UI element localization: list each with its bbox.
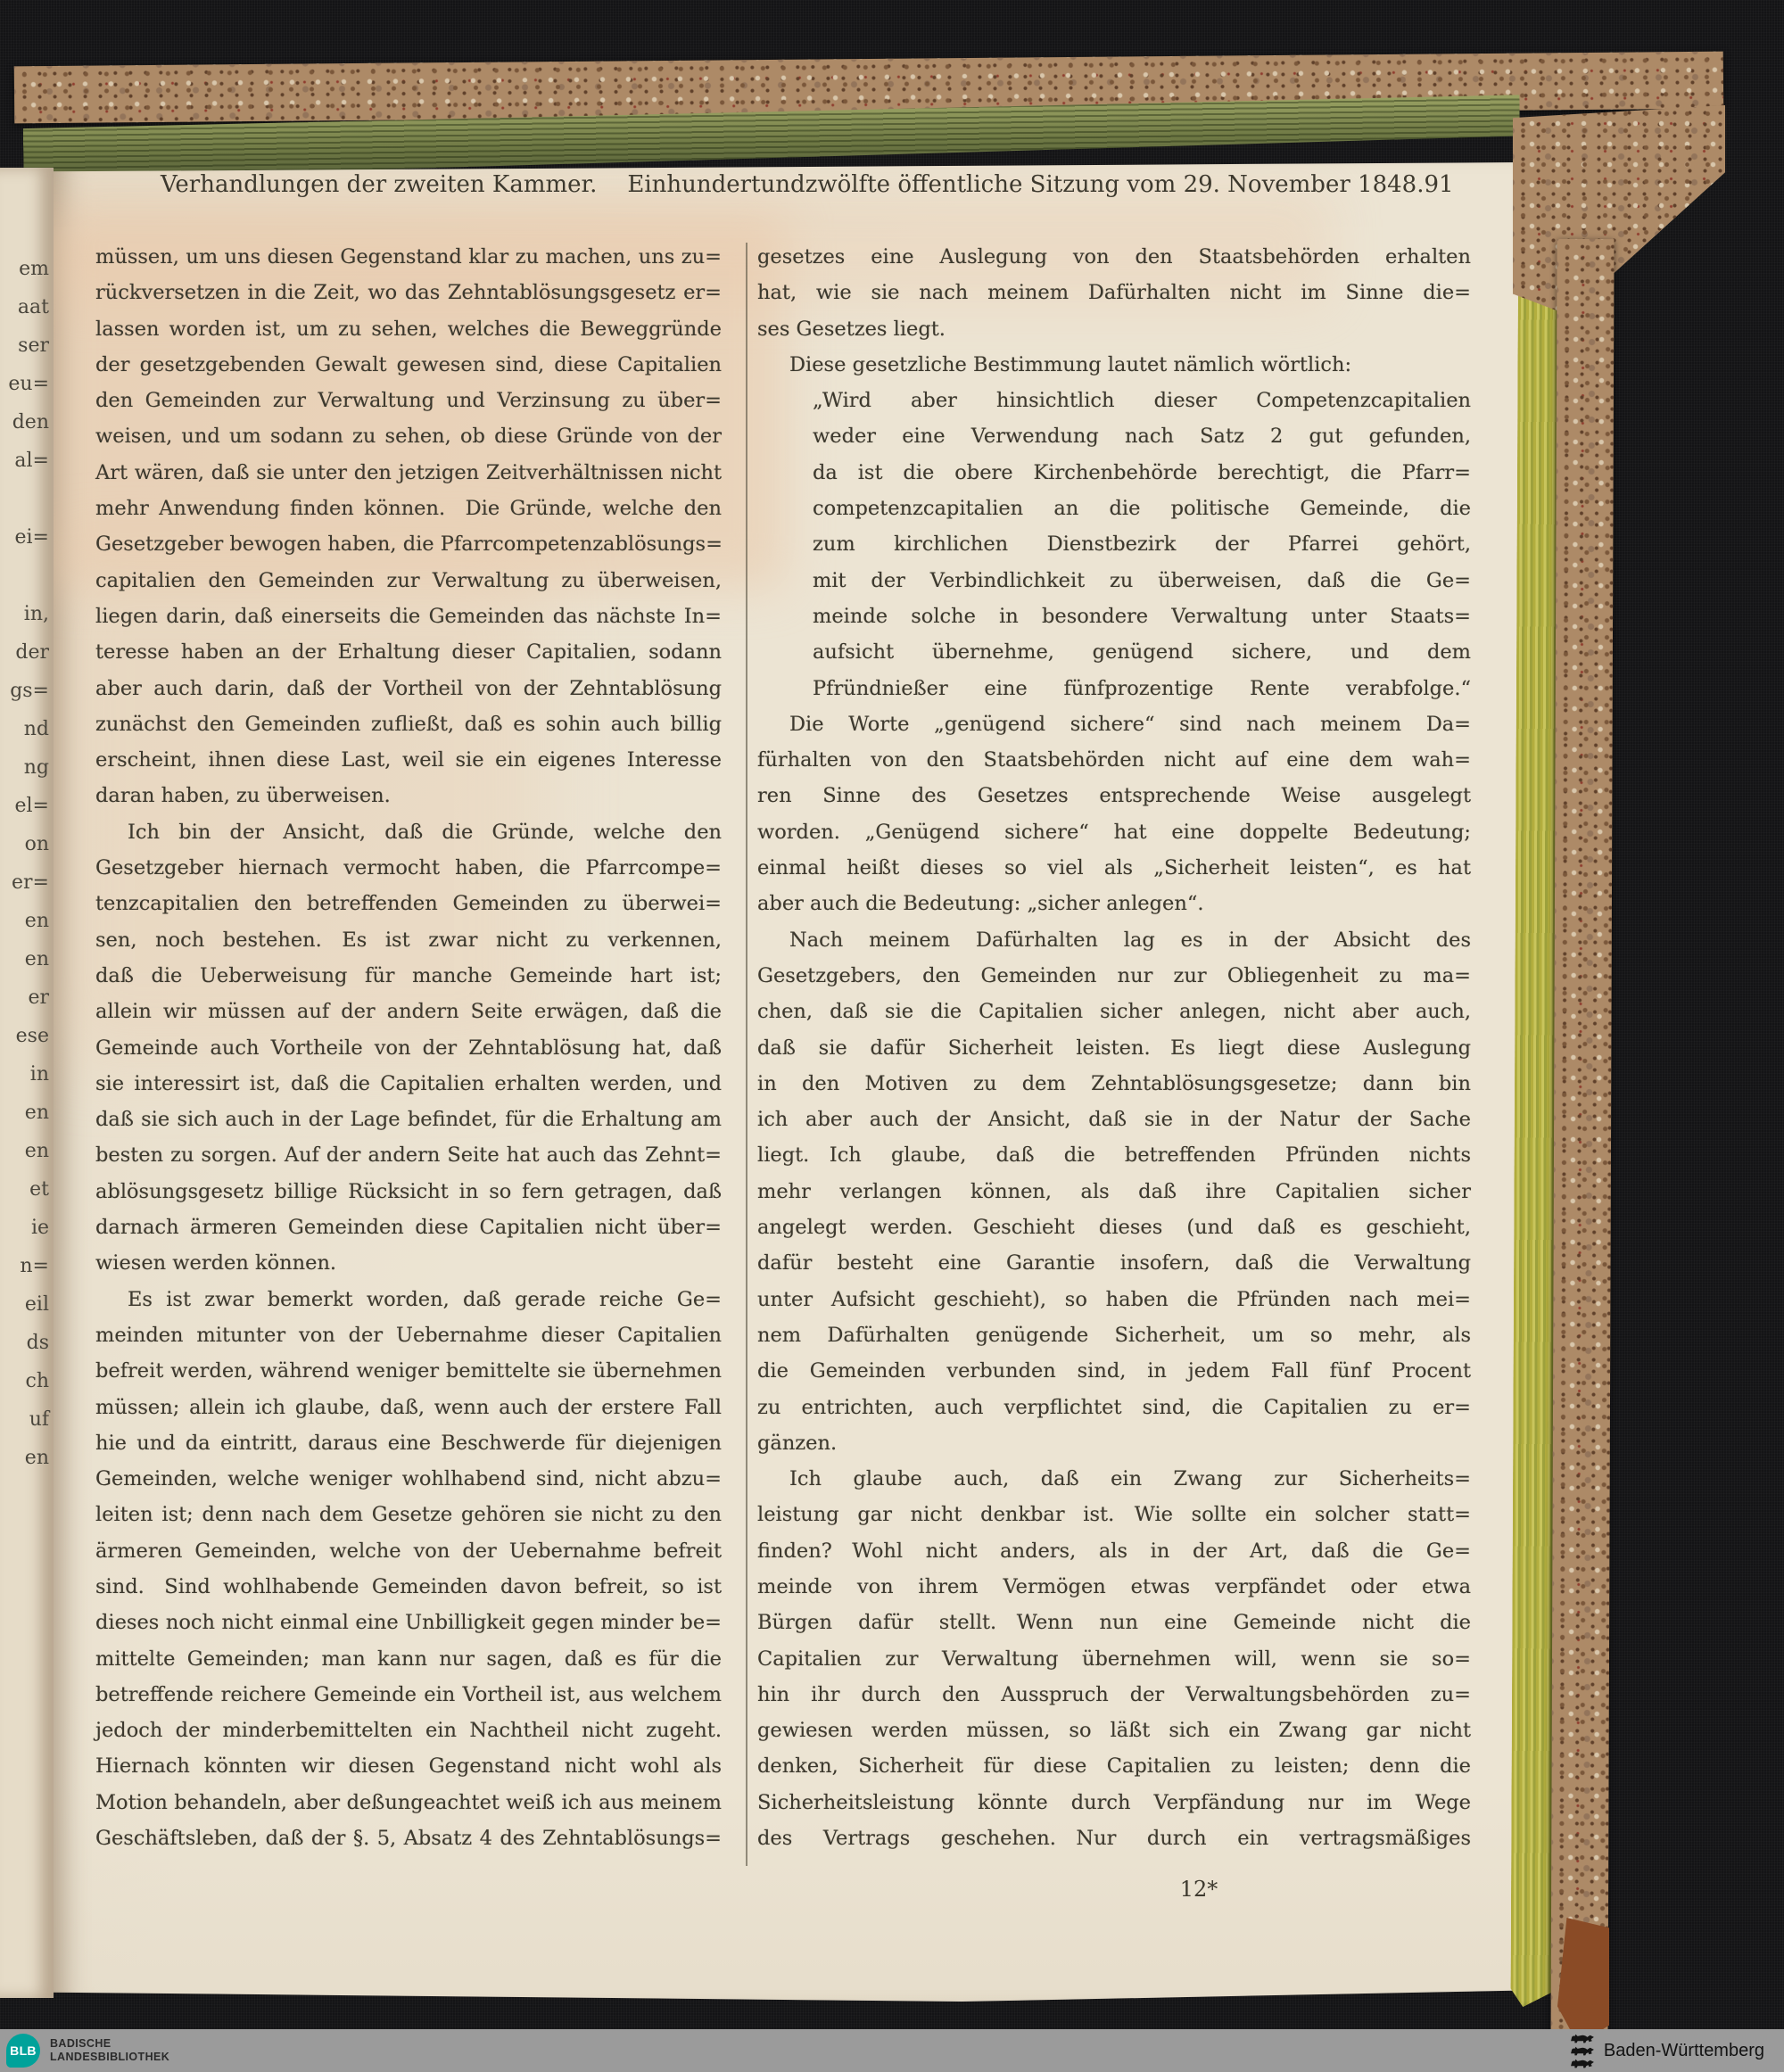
- text-line: ch: [0, 1362, 54, 1400]
- state-name: Baden-Württemberg: [1604, 2041, 1764, 2061]
- text-line: leiten ist; denn nach dem Gesetze gehöre…: [95, 1497, 722, 1532]
- text-line: in den Motiven zu dem Zehntablösungsgese…: [757, 1066, 1471, 1102]
- text-line: in,: [0, 595, 54, 633]
- text-line: Die Worte „genügend sichere“ sind nach m…: [757, 706, 1471, 742]
- text-line: allein wir müssen auf der andern Seite e…: [95, 994, 722, 1029]
- text-line: ese: [0, 1017, 54, 1055]
- text-line: den Gemeinden zur Verwaltung und Verzins…: [95, 383, 722, 418]
- text-line: müssen, um uns diesen Gegenstand klar zu…: [95, 239, 722, 275]
- text-line: en: [0, 1094, 54, 1132]
- text-line: angelegt werden. Geschieht dieses (und d…: [757, 1209, 1471, 1245]
- text-line: Hiernach könnten wir diesen Gegenstand n…: [95, 1748, 722, 1784]
- text-line: in: [0, 1055, 54, 1094]
- text-line: [0, 480, 54, 518]
- text-line: die Gemeinden verbunden sind, in jedem F…: [757, 1353, 1471, 1389]
- text-line: mit der Verbindlichkeit zu überweisen, d…: [813, 563, 1471, 598]
- text-line: er=: [0, 863, 54, 902]
- text-line: liegt. Ich glaube, daß die betreffenden …: [757, 1137, 1471, 1173]
- library-name-line1: BADISCHE: [50, 2037, 169, 2051]
- text-line: unter Aufsicht geschieht), so haben die …: [757, 1282, 1471, 1317]
- text-line: aat: [0, 288, 54, 326]
- text-line: chen, daß sie die Capitalien sicher anle…: [757, 994, 1471, 1029]
- text-line: liegen darin, daß einerseits die Gemeind…: [95, 598, 722, 634]
- text-line: [0, 557, 54, 595]
- text-line: Gesetzgeber hiernach vermocht haben, die…: [95, 850, 722, 886]
- text-line: ei=: [0, 518, 54, 557]
- text-line: mehr verlangen können, als daß ihre Capi…: [757, 1174, 1471, 1209]
- text-line: denken, Sicherheit für diese Capitalien …: [757, 1748, 1471, 1784]
- text-line: eil: [0, 1285, 54, 1324]
- book-cover-corner: [1513, 105, 1725, 315]
- text-line: em: [0, 250, 54, 288]
- text-column-left: müssen, um uns diesen Gegenstand klar zu…: [95, 239, 722, 1856]
- text-line: en: [0, 940, 54, 978]
- text-line: zu entrichten, auch verpflichtet sind, d…: [757, 1390, 1471, 1425]
- text-line: ng: [0, 748, 54, 787]
- text-line: Nach meinem Dafürhalten lag es in der Ab…: [757, 922, 1471, 958]
- text-line: den: [0, 403, 54, 442]
- text-line: hin ihr durch den Ausspruch der Verwaltu…: [757, 1677, 1471, 1713]
- text-line: mehr Anwendung finden können. Die Gründe…: [95, 491, 722, 526]
- text-line: ärmeren Gemeinden, welche von der Uebern…: [95, 1533, 722, 1569]
- text-line: daß sie dafür Sicherheit leisten. Es lie…: [757, 1030, 1471, 1066]
- text-line: der: [0, 633, 54, 672]
- text-line: aber auch darin, daß der Vortheil von de…: [95, 671, 722, 706]
- text-line: ses Gesetzes liegt.: [757, 311, 1471, 347]
- text-line: wiesen werden können.: [95, 1245, 722, 1281]
- text-line: ds: [0, 1324, 54, 1362]
- text-line: Gesetzgebers, den Gemeinden nur zur Obli…: [757, 958, 1471, 994]
- facing-page-sliver: emaatsereu=denal= ei= in,dergs=ndngel=on…: [0, 168, 54, 1998]
- text-line: fürhalten von den Staatsbehörden nicht a…: [757, 742, 1471, 778]
- text-line: lassen worden ist, um zu sehen, welches …: [95, 311, 722, 347]
- text-line: Gemeinde auch Vortheile von der Zehntabl…: [95, 1030, 722, 1066]
- text-line: besten zu sorgen. Auf der andern Seite h…: [95, 1137, 722, 1173]
- text-line: ie: [0, 1209, 54, 1247]
- text-line: Ich bin der Ansicht, daß die Gründe, wel…: [95, 814, 722, 850]
- text-line: sind. Sind wohlhabende Gemeinden davon b…: [95, 1569, 722, 1605]
- text-line: meinde solche in besondere Verwaltung un…: [813, 598, 1471, 634]
- text-line: aufsicht übernehme, genügend sichere, un…: [813, 634, 1471, 670]
- text-line: daran haben, zu überweisen.: [95, 778, 722, 813]
- text-line: erscheint, ihnen diese Last, weil sie ei…: [95, 742, 722, 778]
- text-line: competenzcapitalien an die politische Ge…: [813, 491, 1471, 526]
- text-line: „Wird aber hinsichtlich dieser Competenz…: [813, 383, 1471, 418]
- text-column-right: gesetzes eine Auslegung von den Staatsbe…: [757, 239, 1471, 1856]
- text-line: zunächst den Gemeinden zufließt, daß es …: [95, 706, 722, 742]
- text-line: tenzcapitalien den betreffenden Gemeinde…: [95, 886, 722, 921]
- text-line: Gesetzgeber bewogen haben, die Pfarrcomp…: [95, 526, 722, 562]
- text-line: n=: [0, 1247, 54, 1285]
- text-line: jedoch der minderbemittelten ein Nachthe…: [95, 1713, 722, 1748]
- text-line: teresse haben an der Erhaltung dieser Ca…: [95, 634, 722, 670]
- text-line: befreit werden, während weniger bemittel…: [95, 1353, 722, 1389]
- text-line: rückversetzen in die Zeit, wo das Zehnta…: [95, 275, 722, 310]
- text-line: Motion behandeln, aber deßungeachtet wei…: [95, 1785, 722, 1820]
- text-line: Art wären, daß sie unter den jetzigen Ze…: [95, 455, 722, 491]
- text-line: et: [0, 1170, 54, 1209]
- book-cover-right-edge: [1550, 239, 1614, 2053]
- text-line: meinden mitunter von der Uebernahme dies…: [95, 1317, 722, 1353]
- text-line: weder eine Verwendung nach Satz 2 gut ge…: [813, 418, 1471, 454]
- text-line: daß sie sich auch in der Lage befindet, …: [95, 1102, 722, 1137]
- scan-background: emaatsereu=denal= ei= in,dergs=ndngel=on…: [0, 0, 1784, 2072]
- library-logo: BLB: [6, 2034, 40, 2068]
- text-line: sie interessirt ist, daß die Capitalien …: [95, 1066, 722, 1102]
- text-line: Sicherheitsleistung könnte durch Verpfän…: [757, 1785, 1471, 1820]
- text-line: zum kirchlichen Dienstbezirk der Pfarrei…: [813, 526, 1471, 562]
- text-line: gewiesen werden müssen, so läßt sich ein…: [757, 1713, 1471, 1748]
- text-line: dafür besteht eine Garantie insofern, da…: [757, 1245, 1471, 1281]
- text-line: er: [0, 978, 54, 1017]
- text-line: Ich glaube auch, daß ein Zwang zur Siche…: [757, 1461, 1471, 1497]
- header-title-left: Verhandlungen der zweiten Kammer.: [161, 171, 597, 198]
- text-line: Gemeinden, welche weniger wohlhabend sin…: [95, 1461, 722, 1497]
- text-line: ablösungsgesetz billige Rücksicht in so …: [95, 1174, 722, 1209]
- text-line: betreffende reichere Gemeinde ein Vorthe…: [95, 1677, 722, 1713]
- text-line: Pfründnießer eine fünfprozentige Rente v…: [813, 671, 1471, 706]
- text-line: nd: [0, 710, 54, 748]
- text-line: sen, noch bestehen. Es ist zwar nicht zu…: [95, 922, 722, 958]
- text-line: mittelte Gemeinden; man kann nur sagen, …: [95, 1641, 722, 1677]
- footer-right-group: Baden-Württemberg: [1570, 2032, 1764, 2069]
- text-line: Capitalien zur Verwaltung übernehmen wil…: [757, 1641, 1471, 1677]
- text-line: worden. „Genügend sichere“ hat eine dopp…: [757, 814, 1471, 850]
- text-line: einmal heißt dieses so viel als „Sicherh…: [757, 850, 1471, 886]
- text-line: en: [0, 1132, 54, 1170]
- text-line: el=: [0, 787, 54, 825]
- text-line: nem Dafürhalten genügende Sicherheit, um…: [757, 1317, 1471, 1353]
- library-name-line2: LANDESBIBLIOTHEK: [50, 2051, 169, 2064]
- text-line: en: [0, 902, 54, 940]
- text-line: en: [0, 1439, 54, 1477]
- text-line: leistung gar nicht denkbar ist. Wie soll…: [757, 1497, 1471, 1532]
- text-line: darnach ärmeren Gemeinden diese Capitali…: [95, 1209, 722, 1245]
- signature-mark: 12*: [842, 1877, 1556, 1902]
- text-line: da ist die obere Kirchenbehörde berechti…: [813, 455, 1471, 491]
- library-name: BADISCHE LANDESBIBLIOTHEK: [50, 2037, 169, 2064]
- text-line: der gesetzgebenden Gewalt gewesen sind, …: [95, 347, 722, 383]
- text-line: al=: [0, 442, 54, 480]
- text-line: finden? Wohl nicht anders, als in der Ar…: [757, 1533, 1471, 1569]
- text-line: hat, wie sie nach meinem Dafürhalten nic…: [757, 275, 1471, 310]
- text-line: aber auch die Bedeutung: „sicher anlegen…: [757, 886, 1471, 921]
- neighbor-page-text: emaatsereu=denal= ei= in,dergs=ndngel=on…: [0, 168, 54, 1477]
- text-line: Geschäftsleben, daß der §. 5, Absatz 4 d…: [95, 1820, 722, 1856]
- text-line: weisen, und um sodann zu sehen, ob diese…: [95, 418, 722, 454]
- text-line: Diese gesetzliche Bestimmung lautet näml…: [757, 347, 1471, 383]
- text-line: ren Sinne des Gesetzes entsprechende Wei…: [757, 778, 1471, 813]
- text-line: des Vertrags geschehen. Nur durch ein ve…: [757, 1820, 1471, 1856]
- text-line: Bürgen dafür stellt. Wenn nun eine Gemei…: [757, 1605, 1471, 1640]
- text-line: müssen; allein ich glaube, daß, wenn auc…: [95, 1390, 722, 1425]
- text-line: on: [0, 825, 54, 863]
- book-page: Verhandlungen der zweiten Kammer. Einhun…: [54, 162, 1518, 2002]
- text-line: hie und da eintritt, daraus eine Beschwe…: [95, 1425, 722, 1461]
- header-title-right: Einhundertundzwölfte öffentliche Sitzung…: [627, 171, 1424, 198]
- column-divider: [746, 243, 747, 1866]
- text-line: gs=: [0, 672, 54, 710]
- text-line: Es ist zwar bemerkt worden, daß gerade r…: [95, 1282, 722, 1317]
- text-line: daß die Ueberweisung für manche Gemeinde…: [95, 958, 722, 994]
- page-header: Verhandlungen der zweiten Kammer. Einhun…: [94, 171, 1478, 198]
- coat-of-arms-icon: [1570, 2032, 1595, 2069]
- text-line: gesetzes eine Auslegung von den Staatsbe…: [757, 239, 1471, 275]
- text-line: meinde von ihrem Vermögen etwas verpfänd…: [757, 1569, 1471, 1605]
- text-line: eu=: [0, 365, 54, 403]
- footer-bar: BLB BADISCHE LANDESBIBLIOTHEK Baden-Würt…: [0, 2029, 1784, 2072]
- text-line: capitalien den Gemeinden zur Verwaltung …: [95, 563, 722, 598]
- header-page-number: 91: [1424, 171, 1453, 198]
- text-line: uf: [0, 1400, 54, 1439]
- text-line: ser: [0, 326, 54, 365]
- text-line: ich aber auch der Ansicht, daß sie in de…: [757, 1102, 1471, 1137]
- text-line: dieses noch nicht einmal eine Unbilligke…: [95, 1605, 722, 1640]
- text-line: gänzen.: [757, 1425, 1471, 1461]
